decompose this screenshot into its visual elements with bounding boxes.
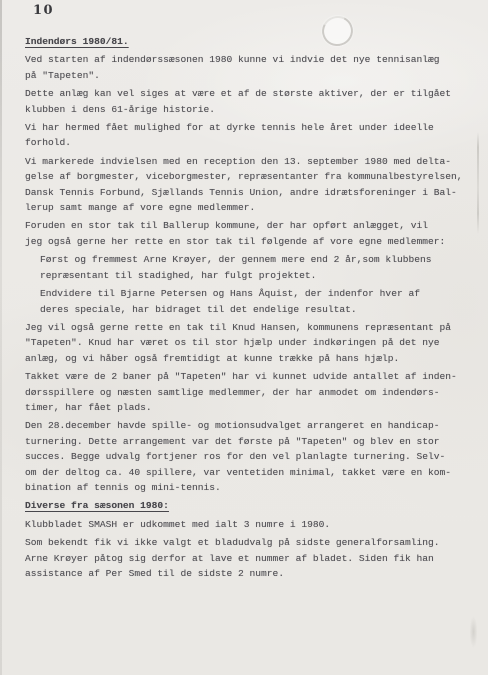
document-page: 10 Indendørs 1980/81.Ved starten af inde…: [0, 0, 488, 675]
paragraph: Takket være de 2 baner på "Tapeten" har …: [25, 369, 475, 415]
paragraph: Den 28.december havde spille- og motions…: [25, 418, 475, 495]
document-body: Indendørs 1980/81.Ved starten af indendø…: [25, 34, 475, 584]
scan-scratch-artifact: [477, 132, 479, 234]
page-number: 10: [33, 3, 54, 18]
section-heading: Diverse fra sæsonen 1980:: [25, 498, 475, 513]
paragraph: Først og fremmest Arne Krøyer, der genne…: [40, 252, 475, 283]
paragraph: Endvidere til Bjarne Petersen og Hans Åq…: [40, 286, 475, 317]
paragraph: Som bekendt fik vi ikke valgt et bladudv…: [25, 535, 475, 581]
paragraph: Dette anlæg kan vel siges at være et af …: [25, 86, 475, 117]
paragraph: Vi har hermed fået mulighed for at dyrke…: [25, 120, 475, 151]
paragraph: Ved starten af indendørssæsonen 1980 kun…: [25, 52, 475, 83]
paragraph: Jeg vil også gerne rette en tak til Knud…: [25, 320, 475, 366]
paragraph: Foruden en stor tak til Ballerup kommune…: [25, 218, 475, 249]
section-heading: Indendørs 1980/81.: [25, 34, 475, 49]
paragraph: Vi markerede indvielsen med en reception…: [25, 154, 475, 216]
scan-edge-shadow: [0, 0, 2, 675]
paragraph: Klubbladet SMASH er udkommet med ialt 3 …: [25, 517, 475, 532]
scan-smudge-artifact: [470, 616, 477, 648]
